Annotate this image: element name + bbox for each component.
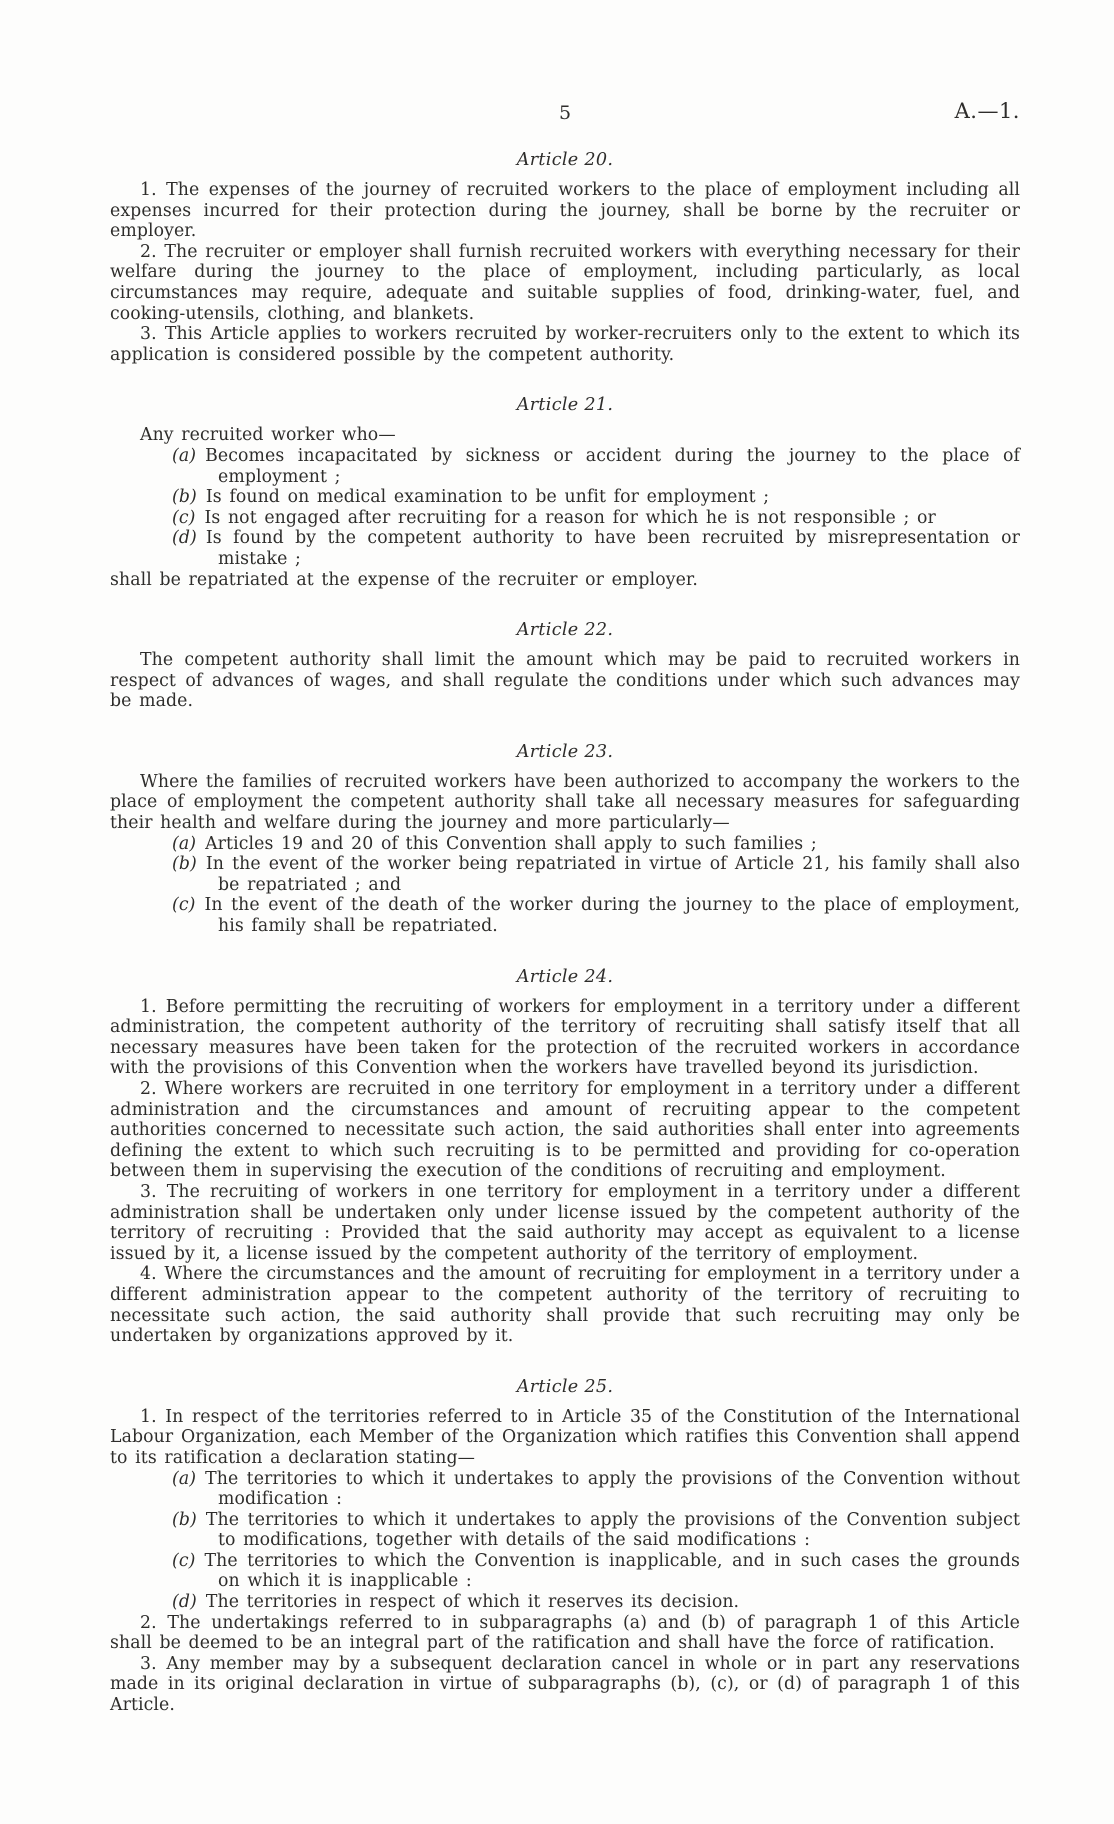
article-20-title: Article 20. [110,150,1020,170]
article-23-item-c: (c)In the event of the death of the work… [110,895,1020,936]
article-24-paragraph-4: 4. Where the circumstances and the amoun… [110,1264,1020,1346]
item-text: Articles 19 and 20 of this Convention sh… [205,834,817,854]
article-21-item-a: (a)Becomes incapacitated by sickness or … [110,446,1020,487]
item-text: The territories to which it undertakes t… [206,1510,1020,1551]
article-21-item-d: (d)Is found by the competent authority t… [110,528,1020,569]
article-25-paragraph-3: 3. Any member may by a subsequent declar… [110,1654,1020,1716]
article-20-paragraph-2: 2. The recruiter or employer shall furni… [110,242,1020,324]
article-21-closing: shall be repatriated at the expense of t… [110,570,1020,591]
article-25-item-d: (d)The territories in respect of which i… [110,1592,1020,1613]
article-20-paragraph-1: 1. The expenses of the journey of recrui… [110,180,1020,242]
article-21-item-b: (b)Is found on medical examination to be… [110,487,1020,508]
article-24-paragraph-1: 1. Before permitting the recruiting of w… [110,997,1020,1079]
article-25-paragraph-1: 1. In respect of the territories referre… [110,1407,1020,1469]
article-24-paragraph-3: 3. The recruiting of workers in one terr… [110,1182,1020,1264]
document-code: A.—1. [955,99,1020,123]
item-text: The territories to which it undertakes t… [205,1469,1020,1510]
article-25: Article 25. 1. In respect of the territo… [110,1377,1020,1716]
article-23-title: Article 23. [110,742,1020,762]
item-marker: (b) [172,854,197,874]
article-23-item-b: (b)In the event of the worker being repa… [110,854,1020,895]
article-25-title: Article 25. [110,1377,1020,1397]
document-body: Article 20. 1. The expenses of the journ… [110,150,1020,1716]
item-text: Is found on medical examination to be un… [206,487,769,507]
article-24-title: Article 24. [110,967,1020,987]
article-24-paragraph-2: 2. Where workers are recruited in one te… [110,1079,1020,1182]
item-text: In the event of the death of the worker … [204,895,1020,936]
item-marker: (d) [172,1592,197,1612]
item-text: Is found by the competent authority to h… [206,528,1020,569]
item-text: Is not engaged after recruiting for a re… [204,508,935,528]
article-22: Article 22. The competent authority shal… [110,620,1020,712]
item-text: The territories to which the Convention … [204,1551,1020,1592]
article-20-paragraph-3: 3. This Article applies to workers recru… [110,324,1020,365]
article-21-intro: Any recruited worker who— [110,425,1020,446]
item-marker: (a) [172,834,196,854]
item-text: In the event of the worker being repatri… [206,854,1020,895]
article-24: Article 24. 1. Before permitting the rec… [110,967,1020,1347]
item-marker: (c) [172,508,195,528]
item-text: The territories in respect of which it r… [206,1592,739,1612]
article-20: Article 20. 1. The expenses of the journ… [110,150,1020,365]
item-marker: (b) [172,1510,197,1530]
item-marker: (a) [172,446,196,466]
article-25-item-b: (b)The territories to which it undertake… [110,1510,1020,1551]
page-header: 5 A.—1. [110,102,1020,130]
article-23: Article 23. Where the families of recrui… [110,742,1020,937]
item-marker: (c) [172,895,195,915]
item-marker: (b) [172,487,197,507]
article-21: Article 21. Any recruited worker who— (a… [110,395,1020,590]
article-25-item-c: (c)The territories to which the Conventi… [110,1551,1020,1592]
article-23-item-a: (a)Articles 19 and 20 of this Convention… [110,834,1020,855]
article-22-title: Article 22. [110,620,1020,640]
article-23-intro: Where the families of recruited workers … [110,772,1020,834]
scanned-document-page: 5 A.—1. Article 20. 1. The expenses of t… [0,0,1114,1824]
article-22-paragraph-1: The competent authority shall limit the … [110,650,1020,712]
item-marker: (c) [172,1551,195,1571]
article-25-item-a: (a)The territories to which it undertake… [110,1469,1020,1510]
item-marker: (d) [172,528,197,548]
page-number: 5 [110,102,1020,124]
item-text: Becomes incapacitated by sickness or acc… [205,446,1020,487]
article-21-item-c: (c)Is not engaged after recruiting for a… [110,508,1020,529]
item-marker: (a) [172,1469,196,1489]
article-21-title: Article 21. [110,395,1020,415]
article-25-paragraph-2: 2. The undertakings referred to in subpa… [110,1613,1020,1654]
